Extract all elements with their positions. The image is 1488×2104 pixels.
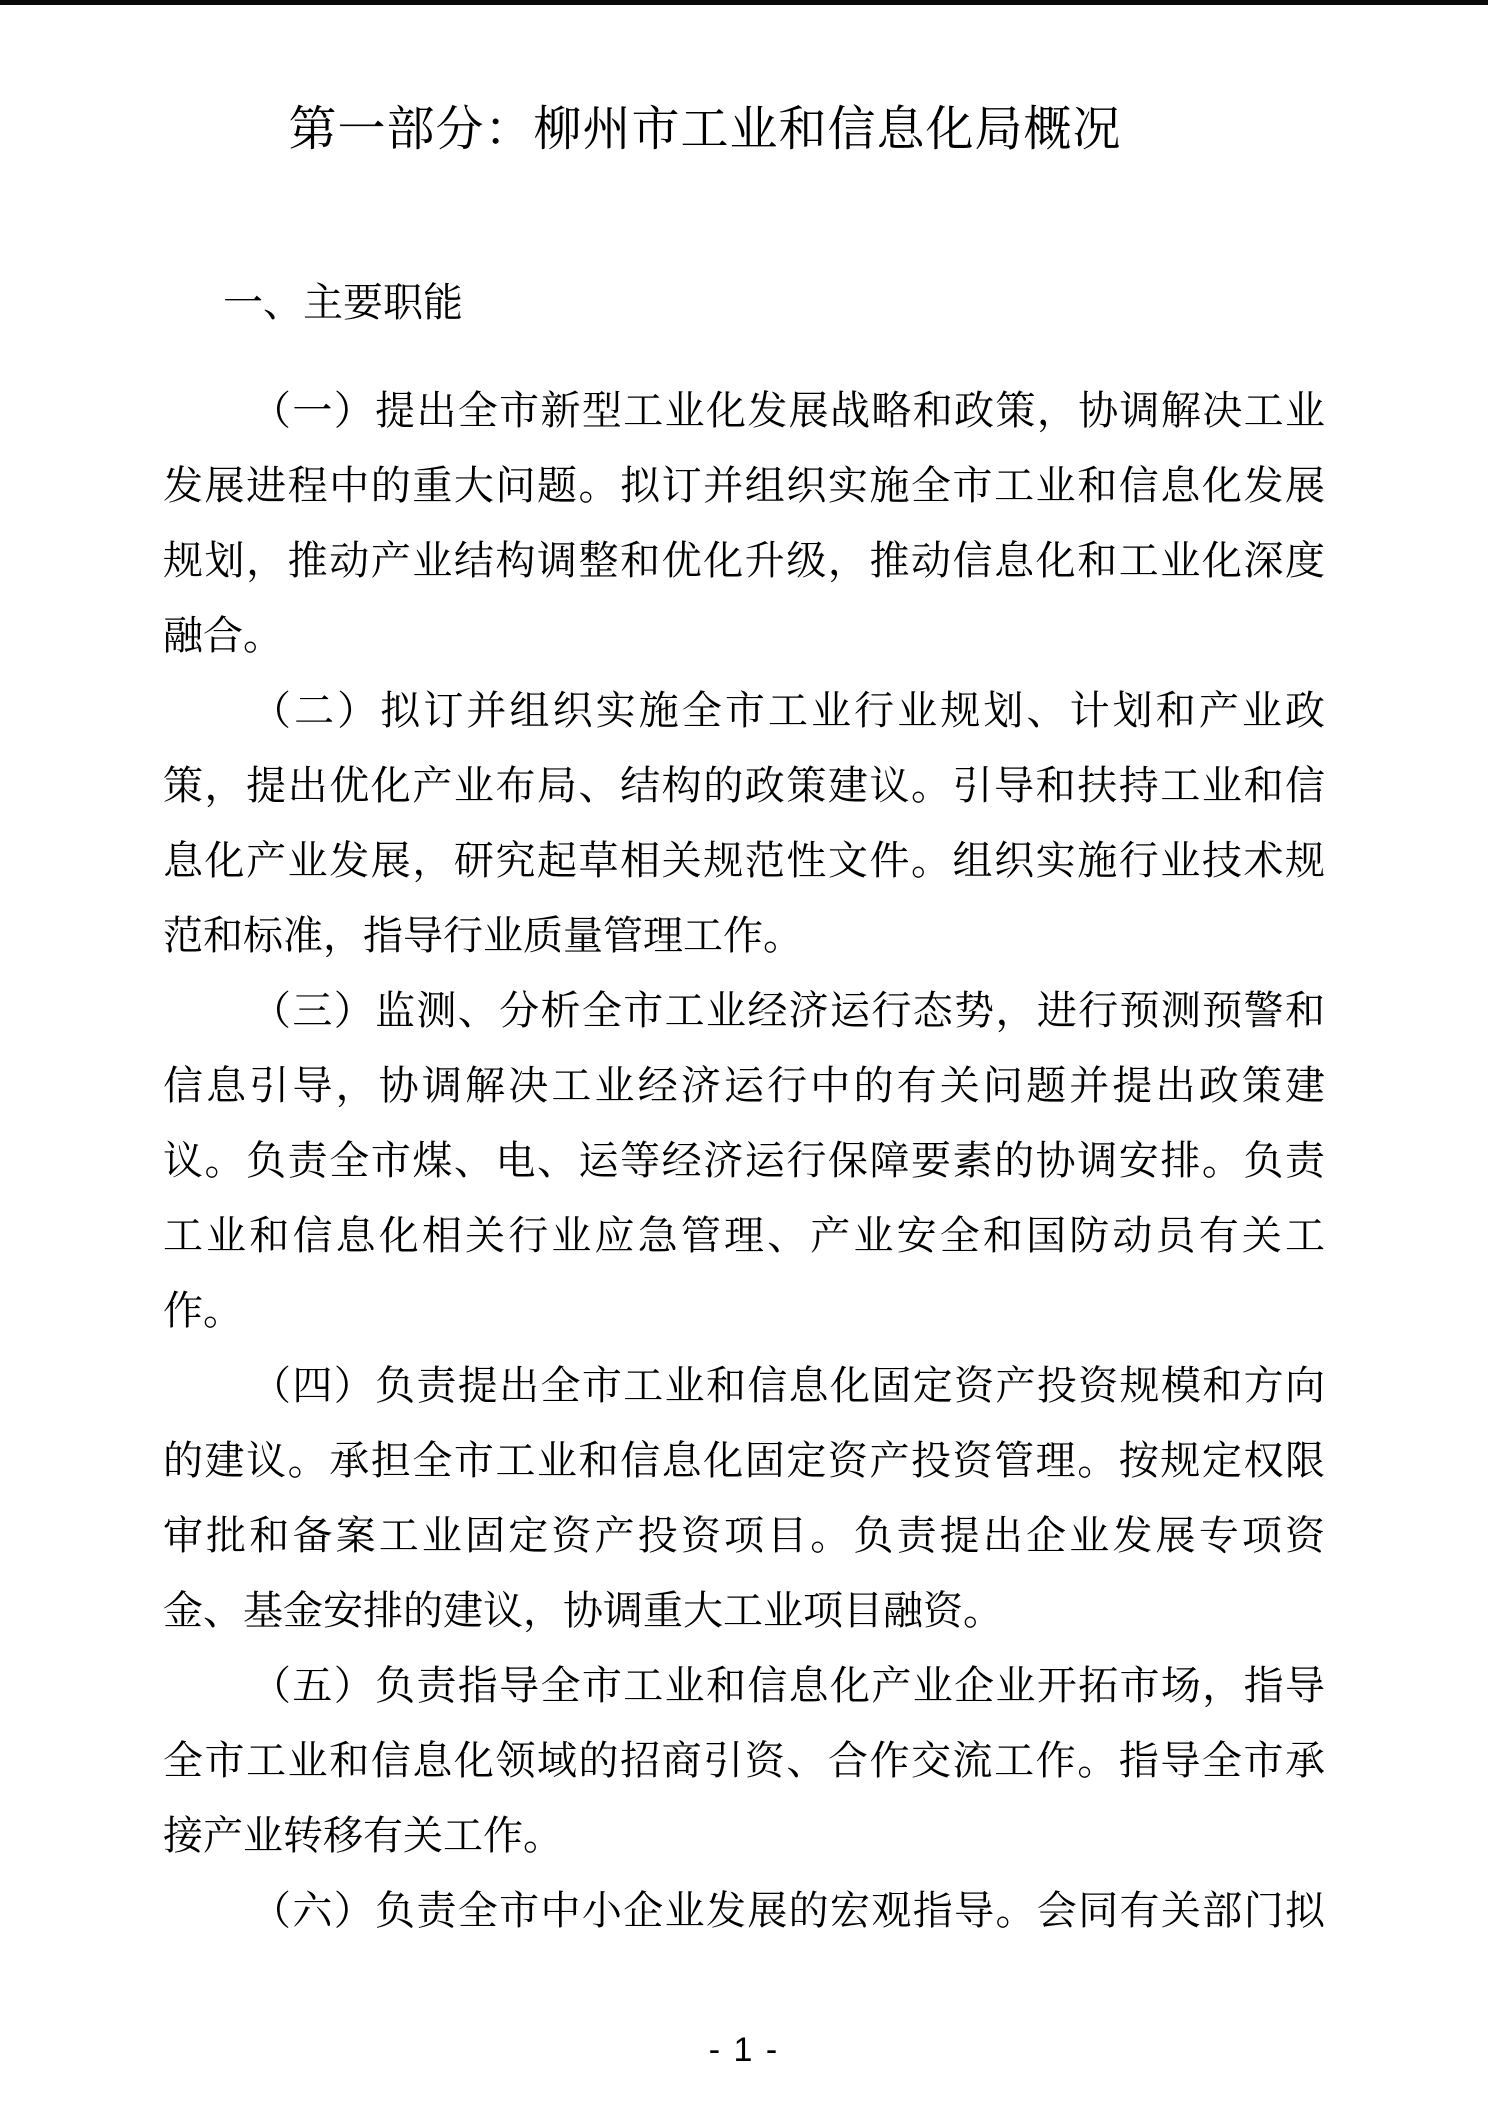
- body-line: （五）负责指导全市工业和信息化产业企业开拓市场，指导: [163, 1649, 1325, 1724]
- body-line: （四）负责提出全市工业和信息化固定资产投资规模和方向: [163, 1349, 1325, 1424]
- body-line: 息化产业发展，研究起草相关规范性文件。组织实施行业技术规: [163, 824, 1325, 899]
- body-line: （六）负责全市中小企业发展的宏观指导。会同有关部门拟: [163, 1874, 1325, 1949]
- body-line: 融合。: [163, 599, 1325, 674]
- document-title: 第一部分：柳州市工业和信息化局概况: [0, 98, 1410, 162]
- scan-edge-bar: [0, 0, 1488, 5]
- body-line: 的建议。承担全市工业和信息化固定资产投资管理。按规定权限: [163, 1424, 1325, 1499]
- body-line: 审批和备案工业固定资产投资项目。负责提出企业发展专项资: [163, 1499, 1325, 1574]
- body-line: 策，提出优化产业布局、结构的政策建议。引导和扶持工业和信: [163, 749, 1325, 824]
- paragraph-2: （二）拟订并组织实施全市工业行业规划、计划和产业政 策，提出优化产业布局、结构的…: [163, 674, 1325, 974]
- body-line: 信息引导，协调解决工业经济运行中的有关问题并提出政策建: [163, 1049, 1325, 1124]
- paragraph-3: （三）监测、分析全市工业经济运行态势，进行预测预警和 信息引导，协调解决工业经济…: [163, 974, 1325, 1349]
- paragraph-1: （一）提出全市新型工业化发展战略和政策，协调解决工业 发展进程中的重大问题。拟订…: [163, 374, 1325, 674]
- body-line: （二）拟订并组织实施全市工业行业规划、计划和产业政: [163, 674, 1325, 749]
- body-line: 金、基金安排的建议，协调重大工业项目融资。: [163, 1574, 1325, 1649]
- paragraph-4: （四）负责提出全市工业和信息化固定资产投资规模和方向 的建议。承担全市工业和信息…: [163, 1349, 1325, 1649]
- body-line: 工业和信息化相关行业应急管理、产业安全和国防动员有关工: [163, 1199, 1325, 1274]
- body-line: 作。: [163, 1274, 1325, 1349]
- document-page: 第一部分：柳州市工业和信息化局概况 一、主要职能 （一）提出全市新型工业化发展战…: [0, 0, 1488, 2104]
- body-line: 范和标准，指导行业质量管理工作。: [163, 899, 1325, 974]
- body-line: 议。负责全市煤、电、运等经济运行保障要素的协调安排。负责: [163, 1124, 1325, 1199]
- paragraph-5: （五）负责指导全市工业和信息化产业企业开拓市场，指导 全市工业和信息化领域的招商…: [163, 1649, 1325, 1874]
- section-heading: 一、主要职能: [163, 278, 1325, 328]
- page-number: - 1 -: [0, 2028, 1488, 2072]
- document-body: （一）提出全市新型工业化发展战略和政策，协调解决工业 发展进程中的重大问题。拟订…: [163, 374, 1325, 1949]
- body-line: 发展进程中的重大问题。拟订并组织实施全市工业和信息化发展: [163, 449, 1325, 524]
- body-line: （三）监测、分析全市工业经济运行态势，进行预测预警和: [163, 974, 1325, 1049]
- body-line: 接产业转移有关工作。: [163, 1799, 1325, 1874]
- body-line: 全市工业和信息化领域的招商引资、合作交流工作。指导全市承: [163, 1724, 1325, 1799]
- body-line: （一）提出全市新型工业化发展战略和政策，协调解决工业: [163, 374, 1325, 449]
- paragraph-6: （六）负责全市中小企业发展的宏观指导。会同有关部门拟: [163, 1874, 1325, 1949]
- body-line: 规划，推动产业结构调整和优化升级，推动信息化和工业化深度: [163, 524, 1325, 599]
